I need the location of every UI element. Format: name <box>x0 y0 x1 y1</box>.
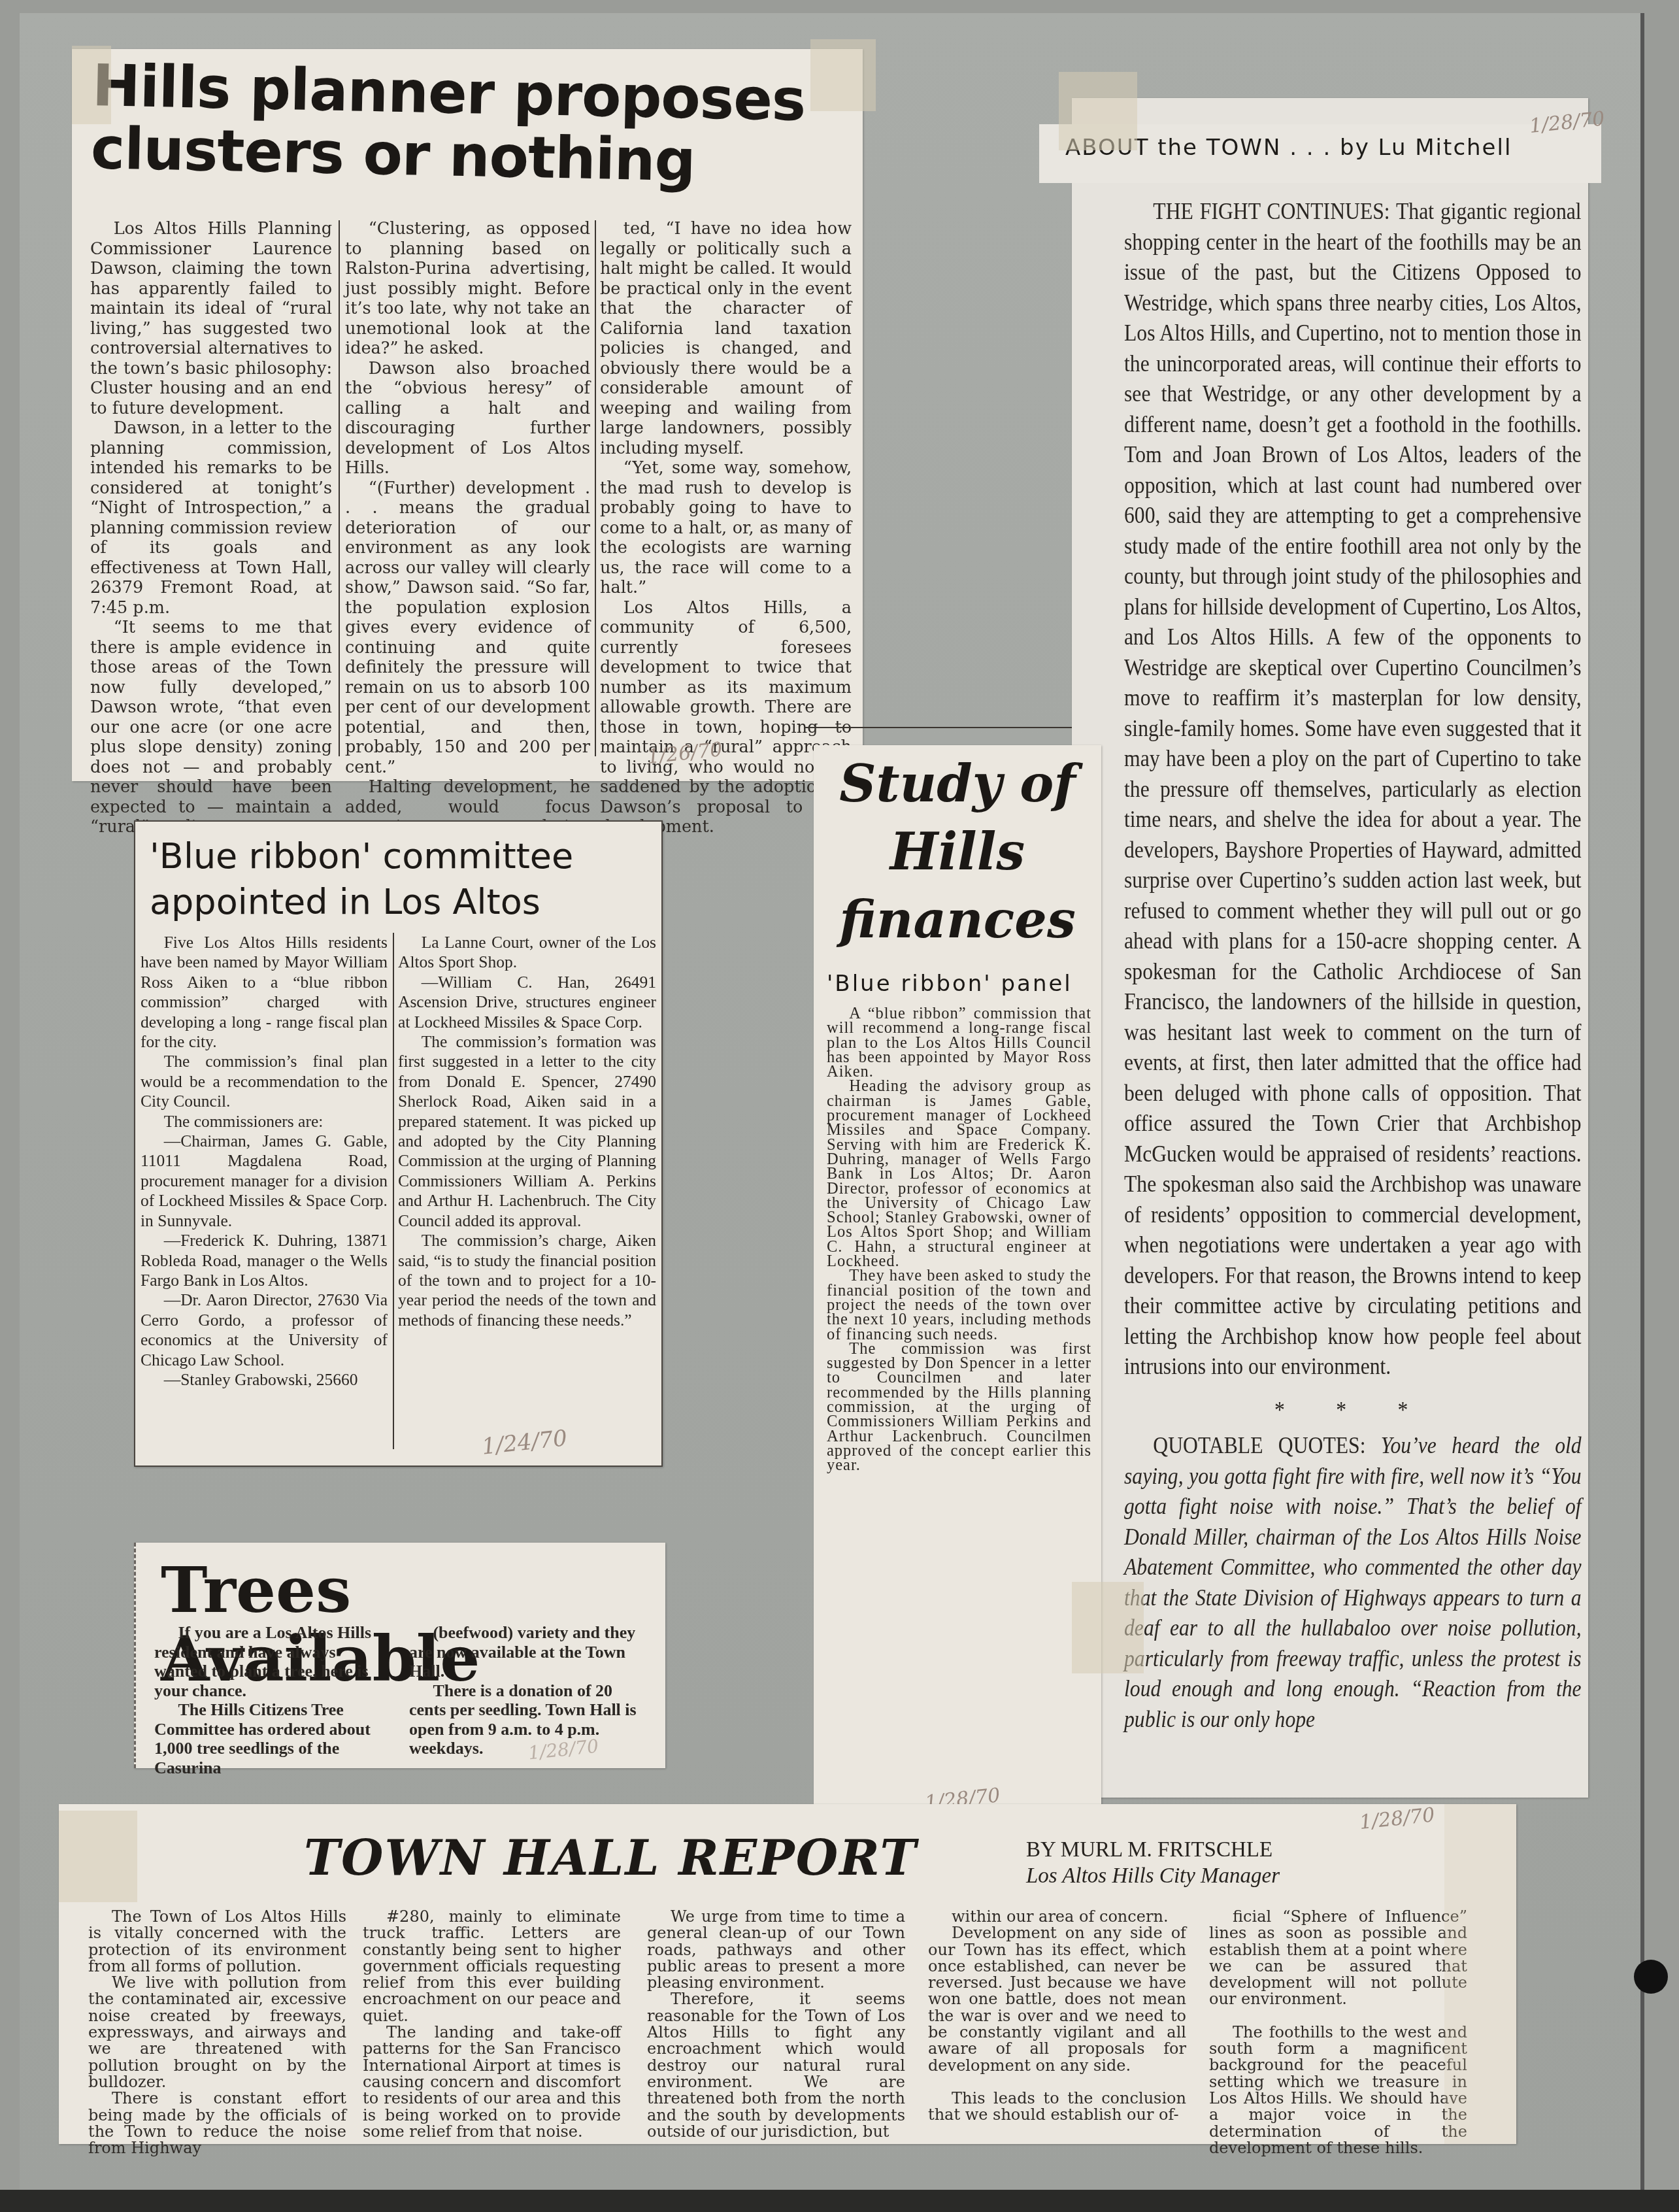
headline-line: Study of <box>814 750 1101 818</box>
paragraph: Therefore, it seems reasonable for the T… <box>647 1991 905 2140</box>
paragraph: Heading the advisory group as chairman i… <box>827 1079 1091 1269</box>
clipping-study-of-hills-finances: Study of Hills finances 'Blue ribbon' pa… <box>814 745 1101 1817</box>
paragraph: We urge from time to time a general clea… <box>647 1909 905 1991</box>
tape <box>72 46 111 124</box>
clip-border-line <box>804 727 1085 728</box>
paragraph: A “blue ribbon” commission that will rec… <box>827 1007 1091 1079</box>
paragraph: —William C. Han, 26491 Ascension Drive, … <box>398 973 656 1032</box>
article-column-2: (beefwood) variety and they are now avai… <box>409 1623 651 1758</box>
paragraph-spacer <box>928 2074 1186 2090</box>
quotable-quotes: QUOTABLE QUOTES: You’ve heard the old sa… <box>1124 1430 1582 1734</box>
paragraph: This leads to the conclusion that we sho… <box>928 2090 1186 2124</box>
tape <box>810 39 876 111</box>
clipping-trees-available: Trees Available If you are a Los Altos H… <box>134 1543 665 1768</box>
paragraph: ficial “Sphere of Influence” lines as so… <box>1209 1909 1467 2008</box>
article-column-1: Los Altos Hills Planning Commissioner La… <box>90 219 332 837</box>
paragraph: There is constant effort being made by t… <box>88 2090 346 2156</box>
paragraph: “Clustering, as opposed to planning base… <box>345 219 590 359</box>
paragraph: “(Further) development . . . means the g… <box>345 478 590 778</box>
headline: Hills planner proposes clusters or nothi… <box>90 54 844 195</box>
paragraph-spacer <box>1209 2008 1467 2024</box>
paragraph: We live with pollution from the contamin… <box>88 1975 346 2090</box>
paragraph: Dawson also broached the “obvious heresy… <box>345 359 590 478</box>
paragraph: #280, mainly to eliminate truck traffic.… <box>363 1909 621 2024</box>
paragraph: The commission’s final plan would be a r… <box>141 1052 388 1111</box>
paragraph: The Hills Citizens Tree Committee has or… <box>154 1700 390 1777</box>
headline-line: Hills <box>814 818 1101 886</box>
article-body: THE FIGHT CONTINUES: That gigantic regio… <box>1124 196 1582 1734</box>
paragraph: —Stanley Grabowski, 25660 <box>141 1370 388 1390</box>
paragraph: —Dr. Aaron Director, 27630 Via Cerro Gor… <box>141 1290 388 1370</box>
paragraph: The commission was first suggested by Do… <box>827 1342 1091 1473</box>
article-column-5: ficial “Sphere of Influence” lines as so… <box>1209 1909 1467 2156</box>
tape <box>59 1811 137 1902</box>
article-column-2: La Lanne Court, owner of the Los Altos S… <box>398 933 656 1330</box>
subhead: 'Blue ribbon' panel <box>827 971 1101 997</box>
article-column-2: “Clustering, as opposed to planning base… <box>345 219 590 917</box>
headline: Study of Hills finances <box>814 750 1101 954</box>
paragraph: “It seems to me that there is ample evid… <box>90 618 332 837</box>
clipping-blue-ribbon-committee: 'Blue ribbon' committee appointed in Los… <box>134 820 663 1467</box>
article-column-4: within our area of concern.Development o… <box>928 1909 1186 2124</box>
tape <box>1444 1804 1516 2144</box>
paragraph: The foothills to the west and south form… <box>1209 2024 1467 2156</box>
article-column-3: ted, “I have no idea how legally or poli… <box>600 219 852 837</box>
byline-author: BY MURL M. FRITSCHLE <box>1026 1837 1353 1863</box>
article-body: A “blue ribbon” commission that will rec… <box>827 1007 1091 1473</box>
paragraph: They have been asked to study the financ… <box>827 1269 1091 1341</box>
handwritten-date: 1/28/70 <box>1358 1803 1436 1834</box>
paragraph: Dawson, in a letter to the planning comm… <box>90 418 332 618</box>
article-column-1: Five Los Altos Hills residents have been… <box>141 933 388 1390</box>
clipping-town-hall-report: TOWN HALL REPORT BY MURL M. FRITSCHLE Lo… <box>59 1804 1516 2144</box>
paragraph: The commission’s charge, Aiken said, “is… <box>398 1231 656 1330</box>
quote-lead: QUOTABLE QUOTES: <box>1153 1432 1365 1458</box>
paragraph: “Yet, some way, somehow, the mad rush to… <box>600 458 852 598</box>
headline-line: finances <box>814 886 1101 954</box>
paragraph: —Frederick K. Duhring, 13871 Robleda Roa… <box>141 1231 388 1290</box>
paragraph: Five Los Altos Hills residents have been… <box>141 933 388 1052</box>
headline: TOWN HALL REPORT <box>304 1830 957 1886</box>
paragraph: Los Altos Hills Planning Commissioner La… <box>90 219 332 418</box>
paragraph: THE FIGHT CONTINUES: That gigantic regio… <box>1124 196 1582 1382</box>
column-rule <box>595 220 596 756</box>
article-column-2: #280, mainly to eliminate truck traffic.… <box>363 1909 621 2140</box>
paragraph: The commission’s formation was first sug… <box>398 1032 656 1231</box>
quote-body: You’ve heard the old saying, you gotta f… <box>1124 1432 1582 1732</box>
paragraph: (beefwood) variety and they are now avai… <box>409 1623 651 1681</box>
column-rule <box>339 220 340 756</box>
paragraph: within our area of concern. <box>928 1909 1186 1925</box>
paragraph: If you are a Los Altos Hills resident an… <box>154 1623 390 1700</box>
board-bottom-edge <box>0 2190 1679 2212</box>
paragraph: The commissioners are: <box>141 1112 388 1131</box>
paragraph: La Lanne Court, owner of the Los Altos S… <box>398 933 656 973</box>
paragraph: ted, “I have no idea how legally or poli… <box>600 219 852 458</box>
article-column-1: If you are a Los Altos Hills resident an… <box>154 1623 390 1777</box>
paragraph: —Chairman, James G. Gable, 11011 Magdale… <box>141 1131 388 1231</box>
paragraph: The landing and take-off patterns for th… <box>363 2024 621 2140</box>
handwritten-date: 1/24/70 <box>480 1425 569 1460</box>
clipping-hills-planner: Hills planner proposes clusters or nothi… <box>72 49 863 781</box>
tape <box>1072 1582 1144 1673</box>
section-separator: * * * <box>1124 1395 1582 1426</box>
headline: 'Blue ribbon' committee appointed in Los… <box>150 833 659 925</box>
punch-hole <box>1634 1960 1668 1994</box>
byline-role: Los Altos Hills City Manager <box>1026 1863 1353 1889</box>
byline: BY MURL M. FRITSCHLE Los Altos Hills Cit… <box>1026 1837 1353 1889</box>
column-rule <box>393 933 394 1449</box>
paragraph: Development on any side of our Town has … <box>928 1925 1186 2074</box>
tape <box>1059 72 1137 150</box>
article-column-3: We urge from time to time a general clea… <box>647 1909 905 2140</box>
article-column-1: The Town of Los Altos Hills is vitally c… <box>88 1909 346 2156</box>
clipping-about-the-town: ABOUT the TOWN . . . by Lu Mitchell 1/28… <box>1072 98 1588 1798</box>
column-head: ABOUT the TOWN . . . by Lu Mitchell <box>1065 135 1601 161</box>
paragraph: The Town of Los Altos Hills is vitally c… <box>88 1909 346 1975</box>
